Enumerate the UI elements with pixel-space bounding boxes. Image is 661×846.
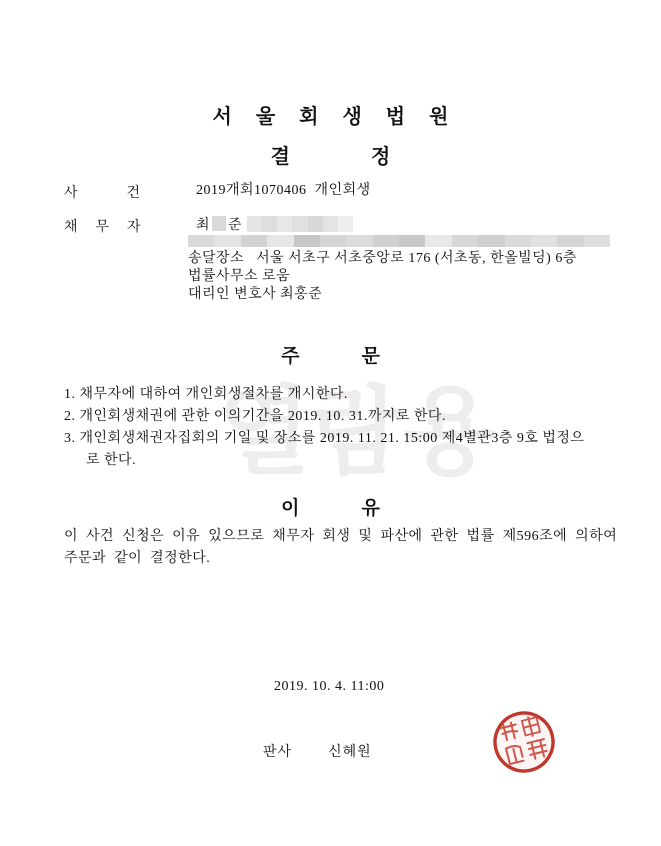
order-item-3-wrap: 로 한다. — [86, 452, 136, 470]
judge-gap — [292, 741, 328, 761]
debtor-label: 채무자 — [64, 216, 159, 236]
judge-title: 판사 — [263, 741, 292, 761]
redaction-mosaic-name — [247, 216, 353, 232]
reason-line-2: 주문과 같이 결정한다. — [64, 550, 210, 568]
service-address-line1: 송달장소 서울 서초구 서초중앙로 176 (서초동, 한올빌딩) 6층 — [188, 250, 577, 268]
debtor-given-name: 준 — [228, 218, 242, 233]
service-address-line2: 법률사무소 로움 — [188, 268, 290, 286]
attorney-line: 대리인 변호사 최홍준 — [188, 286, 322, 304]
order-item-1: 1. 채무자에 대하여 개인회생절차를 개시한다. — [64, 386, 348, 404]
judge-seal-icon — [490, 708, 558, 776]
judge-name: 신혜원 — [328, 741, 372, 761]
debtor-surname: 최 — [196, 218, 210, 233]
document-page: 열람용 서울회생법원 결정 사건 2019개회1070406 개인회생 채무자 … — [0, 0, 661, 846]
judge-signature-line: 판사 신혜원 — [263, 741, 372, 761]
reason-line-1: 이 사건 신청은 이유 있으므로 채무자 회생 및 파산에 관한 법률 제596… — [64, 528, 617, 546]
order-heading: 주문 — [0, 341, 661, 368]
debtor-name-line: 최준 — [196, 216, 353, 235]
case-label: 사건 — [64, 182, 189, 202]
decision-datetime: 2019. 10. 4. 11:00 — [274, 678, 384, 696]
redaction-mosaic-strip — [188, 235, 610, 247]
redaction-box — [212, 216, 226, 231]
document-title: 결정 — [0, 140, 661, 169]
order-item-3: 3. 개인회생채권자집회의 기일 및 장소를 2019. 11. 21. 15:… — [64, 430, 584, 448]
reason-heading: 이유 — [0, 493, 661, 520]
order-item-2: 2. 개인회생채권에 관한 이의기간을 2019. 10. 31.까지로 한다. — [64, 408, 446, 426]
court-name: 서울회생법원 — [0, 100, 661, 129]
case-number: 2019개회1070406 개인회생 — [196, 182, 371, 200]
